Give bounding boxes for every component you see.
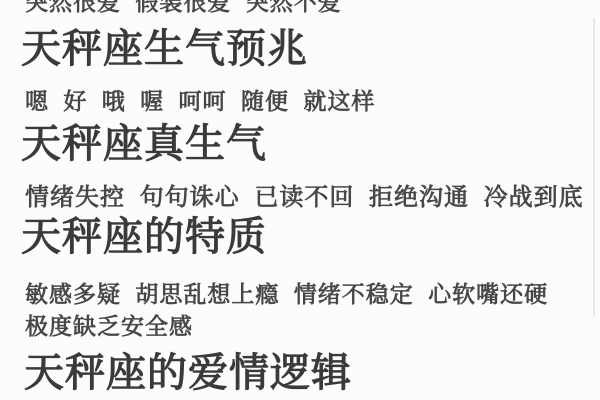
tagline-anger-signs: 突然很爱 假装很爱 突然不爱 xyxy=(25,0,342,14)
right-edge-artifact-line xyxy=(593,18,595,316)
tagline-angry-behaviors: 情绪失控 句句诛心 已读不回 拒绝沟通 冷战到底 xyxy=(25,186,584,210)
text-slide: 突然很爱 假装很爱 突然不爱 天秤座生气预兆 嗯 好 哦 喔 呵呵 随便 就这样… xyxy=(0,0,600,400)
tagline-curt-replies: 嗯 好 哦 喔 呵呵 随便 就这样 xyxy=(25,90,375,113)
heading-libra-traits: 天秤座的特质 xyxy=(21,217,267,257)
tagline-trait-list: 敏感多疑 胡思乱想上瘾 情绪不稳定 心软嘴还硬 极度缺乏安全感 xyxy=(25,279,548,342)
heading-libra-really-angry: 天秤座真生气 xyxy=(21,124,267,164)
heading-libra-anger-omens: 天秤座生气预兆 xyxy=(21,29,308,69)
heading-libra-love-logic: 天秤座的爱情逻辑 xyxy=(24,353,352,393)
